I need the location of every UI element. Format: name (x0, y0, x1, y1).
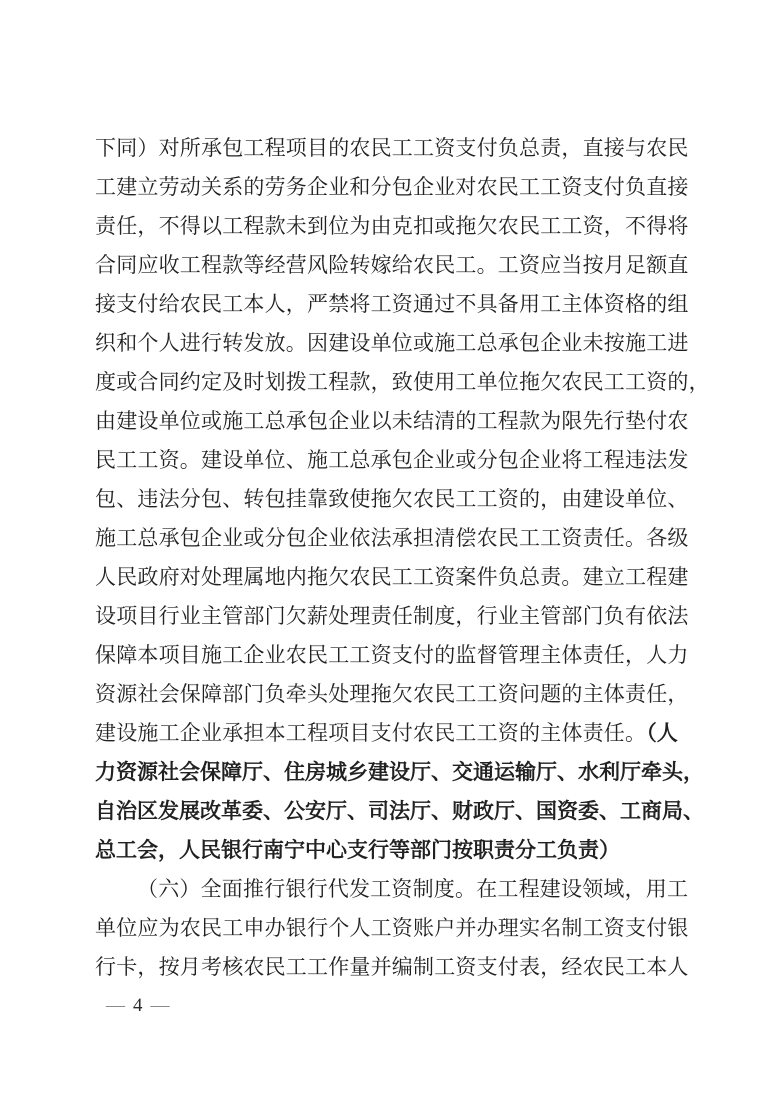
attribution-line-1: 力资源社会保障厅、住房城乡建设厅、交通运输厅、水利厅牵头， (95, 753, 689, 792)
document-page: 下同）对所承包工程项目的农民工工资支付负总责，直接与农民 工建立劳动关系的劳务企… (0, 0, 780, 1103)
attribution-line-3: 总工会，人民银行南宁中心支行等部门按职责分工负责） (95, 831, 689, 870)
text-line-6: 织和个人进行转发放。因建设单位或施工总承包企业未按施工进 (95, 324, 689, 363)
paragraph-6-line-1: （六）全面推行银行代发工资制度。在工程建设领域，用工 (95, 870, 689, 909)
text-line-2: 工建立劳动关系的劳务企业和分包企业对农民工工资支付负直接 (95, 168, 689, 207)
text-line-12: 人民政府对处理属地内拖欠农民工工资案件负总责。建立工程建 (95, 558, 689, 597)
text-line-14: 保障本项目施工企业农民工工资支付的监督管理主体责任，人力 (95, 636, 689, 675)
page-number-value: 4 (127, 995, 151, 1016)
page-number: —4— (106, 992, 172, 1020)
text-line-16-regular: 建设施工企业承担本工程项目支付农民工工资的主体责任。 (95, 721, 646, 745)
text-line-8: 由建设单位或施工总承包企业以未结清的工程款为限先行垫付农 (95, 402, 689, 441)
text-line-5: 接支付给农民工本人，严禁将工资通过不具备用工主体资格的组 (95, 285, 689, 324)
text-line-9: 民工工资。建设单位、施工总承包企业或分包企业将工程违法发 (95, 441, 689, 480)
text-line-7: 度或合同约定及时划拨工程款，致使用工单位拖欠农民工工资的， (95, 363, 689, 402)
attribution-line-2: 自治区发展改革委、公安厅、司法厅、财政厅、国资委、工商局、 (95, 792, 689, 831)
text-line-10: 包、违法分包、转包挂靠致使拖欠农民工工资的，由建设单位、 (95, 480, 689, 519)
page-number-dash-right: — (151, 995, 172, 1016)
body-text: 下同）对所承包工程项目的农民工工资支付负总责，直接与农民 工建立劳动关系的劳务企… (95, 129, 689, 987)
text-line-11: 施工总承包企业或分包企业依法承担清偿农民工工资责任。各级 (95, 519, 689, 558)
page-number-dash-left: — (106, 995, 127, 1016)
text-line-15: 资源社会保障部门负牵头处理拖欠农民工工资问题的主体责任， (95, 675, 689, 714)
text-line-13: 设项目行业主管部门欠薪处理责任制度，行业主管部门负有依法 (95, 597, 689, 636)
text-line-16-bold-attribution-start: （人 (646, 721, 678, 745)
text-line-4: 合同应收工程款等经营风险转嫁给农民工。工资应当按月足额直 (95, 246, 689, 285)
text-line-16: 建设施工企业承担本工程项目支付农民工工资的主体责任。（人 (95, 714, 689, 753)
text-line-3: 责任，不得以工程款未到位为由克扣或拖欠农民工工资，不得将 (95, 207, 689, 246)
paragraph-6-line-2: 单位应为农民工申办银行个人工资账户并办理实名制工资支付银 (95, 909, 689, 948)
paragraph-6-line-3: 行卡，按月考核农民工工作量并编制工资支付表，经农民工本人 (95, 948, 689, 987)
text-line-1: 下同）对所承包工程项目的农民工工资支付负总责，直接与农民 (95, 129, 689, 168)
